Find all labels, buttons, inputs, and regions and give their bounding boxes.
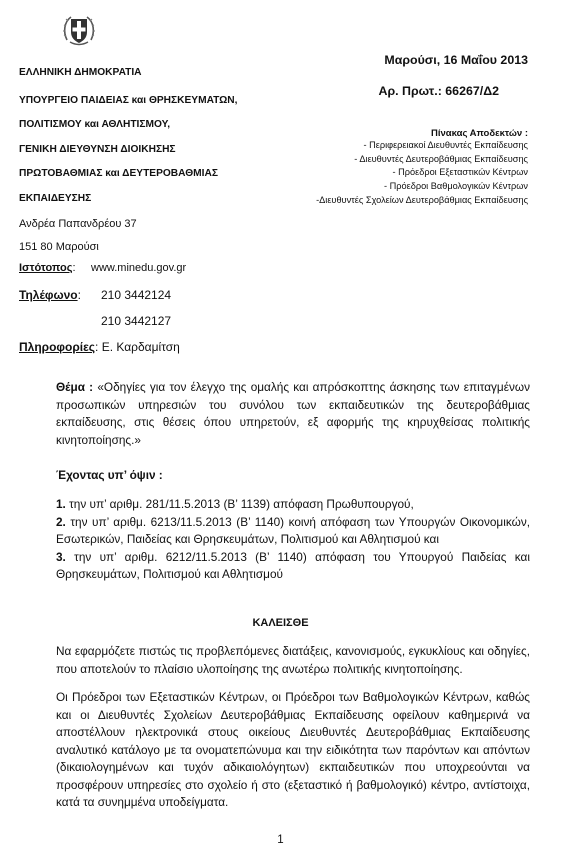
website-link[interactable]: www.minedu.gov.gr xyxy=(91,262,186,274)
considering-item: 1. την υπ’ αριθμ. 281/11.5.2013 (Β’ 1139… xyxy=(56,496,530,514)
subject-text: «Οδηγίες για τον έλεγχο της ομαλής και α… xyxy=(56,380,530,447)
phone-label: Τηλέφωνο xyxy=(19,288,78,302)
header-line-republic: ΕΛΛΗΝΙΚΗ ΔΗΜΟΚΡΑΤΙΑ xyxy=(19,67,142,78)
considering-list: 1. την υπ’ αριθμ. 281/11.5.2013 (Β’ 1139… xyxy=(56,496,530,584)
recipients-list: - Περιφερειακοί Διευθυντές Εκπαίδευσης -… xyxy=(316,139,528,208)
recipient-item: - Πρόεδροι Βαθμολογικών Κέντρων xyxy=(316,180,528,194)
header-line-directorate: ΓΕΝΙΚΗ ΔΙΕΥΘΥΝΣΗ ΔΙΟΙΚΗΣΗΣ xyxy=(19,144,176,155)
recipients-title: Πίνακας Αποδεκτών : xyxy=(431,128,528,139)
subject-paragraph: Θέμα : «Οδηγίες για τον έλεγχο της ομαλή… xyxy=(56,379,530,449)
phone-row: Τηλέφωνο: 210 3442124 xyxy=(19,288,81,302)
summon-paragraph-1: Να εφαρμόζετε πιστώς τις προβλεπόμενες δ… xyxy=(56,643,530,678)
phone-1: 210 3442124 xyxy=(101,288,171,302)
considering-title: Έχοντας υπ’ όψιν : xyxy=(56,467,530,485)
considering-item: 2. την υπ’ αριθμ. 6213/11.5.2013 (Β’ 114… xyxy=(56,514,530,549)
website-row: Ιστότοπος: www.minedu.gov.gr xyxy=(19,262,76,274)
header-line-ministry-2: ΠΟΛΙΤΙΣΜΟΥ και ΑΘΛΗΤΙΣΜΟΥ, xyxy=(19,119,170,130)
phone-2: 210 3442127 xyxy=(101,314,171,328)
protocol-number: Αρ. Πρωτ.: 66267/Δ2 xyxy=(379,84,499,98)
info-label: Πληροφορίες xyxy=(19,340,95,354)
address-postal: 151 80 Μαρούσι xyxy=(19,241,99,253)
greek-coat-of-arms-icon xyxy=(61,12,97,48)
recipient-item: - Περιφερειακοί Διευθυντές Εκπαίδευσης xyxy=(316,139,528,153)
header-line-ministry: ΥΠΟΥΡΓΕΙΟ ΠΑΙΔΕΙΑΣ και ΘΡΗΣΚΕΥΜΑΤΩΝ, xyxy=(19,95,237,106)
recipient-item: -Διευθυντές Σχολείων Δευτεροβάθμιας Εκπα… xyxy=(316,194,528,208)
page-number: 1 xyxy=(0,834,561,845)
considering-item: 3. την υπ’ αριθμ. 6212/11.5.2013 (Β’ 114… xyxy=(56,549,530,584)
website-label: Ιστότοπος xyxy=(19,262,72,274)
recipient-item: - Πρόεδροι Εξεταστικών Κέντρων xyxy=(316,166,528,180)
summon-paragraph-2: Οι Πρόεδροι των Εξεταστικών Κέντρων, οι … xyxy=(56,689,530,812)
document-date: Μαρούσι, 16 Μαΐου 2013 xyxy=(384,53,528,67)
info-name: Ε. Καρδαμίτση xyxy=(102,340,180,354)
header-line-directorate-2: ΠΡΩΤΟΒΑΘΜΙΑΣ και ΔΕΥΤΕΡΟΒΑΘΜΙΑΣ xyxy=(19,168,218,179)
subject-label: Θέμα : xyxy=(56,380,93,394)
info-row: Πληροφορίες: Ε. Καρδαμίτση xyxy=(19,340,180,354)
recipient-item: - Διευθυντές Δευτεροβάθμιας Εκπαίδευσης xyxy=(316,153,528,167)
address-street: Ανδρέα Παπανδρέου 37 xyxy=(19,218,137,230)
summon-title: ΚΑΛΕΙΣΘΕ xyxy=(0,617,561,629)
header-line-directorate-3: ΕΚΠΑΙΔΕΥΣΗΣ xyxy=(19,193,91,204)
